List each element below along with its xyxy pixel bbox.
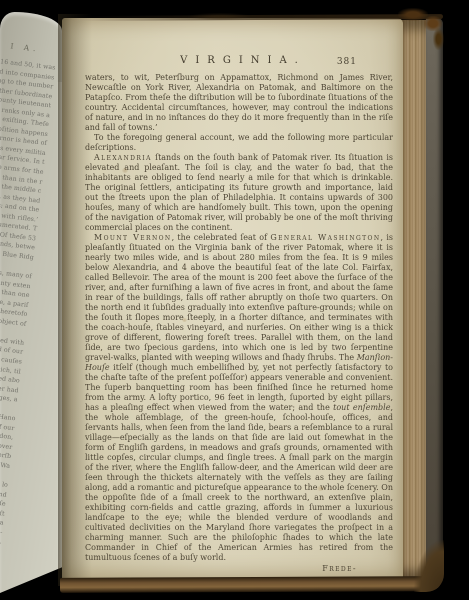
paragraph: waters, to wit, Peterſburg on Appamattox… (85, 73, 393, 133)
left-page: I A. ages of 16 and 50, it wasformed int… (0, 12, 62, 600)
left-page-content: I A. ages of 16 and 50, it wasformed int… (0, 37, 60, 548)
paragraph: Alexandria ſtands on the ſouth bank of P… (85, 153, 393, 233)
book-photo-background: I A. ages of 16 and 50, it wasformed int… (0, 0, 469, 600)
leather-wear-spot (190, 13, 250, 20)
catchword: Frede- (85, 564, 393, 574)
page-text-block: waters, to wit, Peterſburg on Appamattox… (85, 73, 393, 574)
back-cover-edge (426, 18, 443, 584)
paragraph: To the foregoing general account, we add… (85, 133, 393, 153)
worn-corner (414, 540, 444, 592)
left-page-text-fragments: ages of 16 and 50, it wasformed into com… (0, 55, 58, 548)
page-header: VIRGINIA. 381 (85, 55, 393, 69)
bottom-cover-edge (60, 576, 442, 593)
right-page: VIRGINIA. 381 waters, to wit, Peterſburg… (62, 18, 403, 582)
paragraph: Mount Vernon, the celebrated ſeat of Gen… (85, 233, 393, 563)
left-page-running-title-fragment: I A. (0, 37, 60, 56)
page-number: 381 (337, 57, 357, 67)
leather-wear-spot (433, 28, 444, 50)
